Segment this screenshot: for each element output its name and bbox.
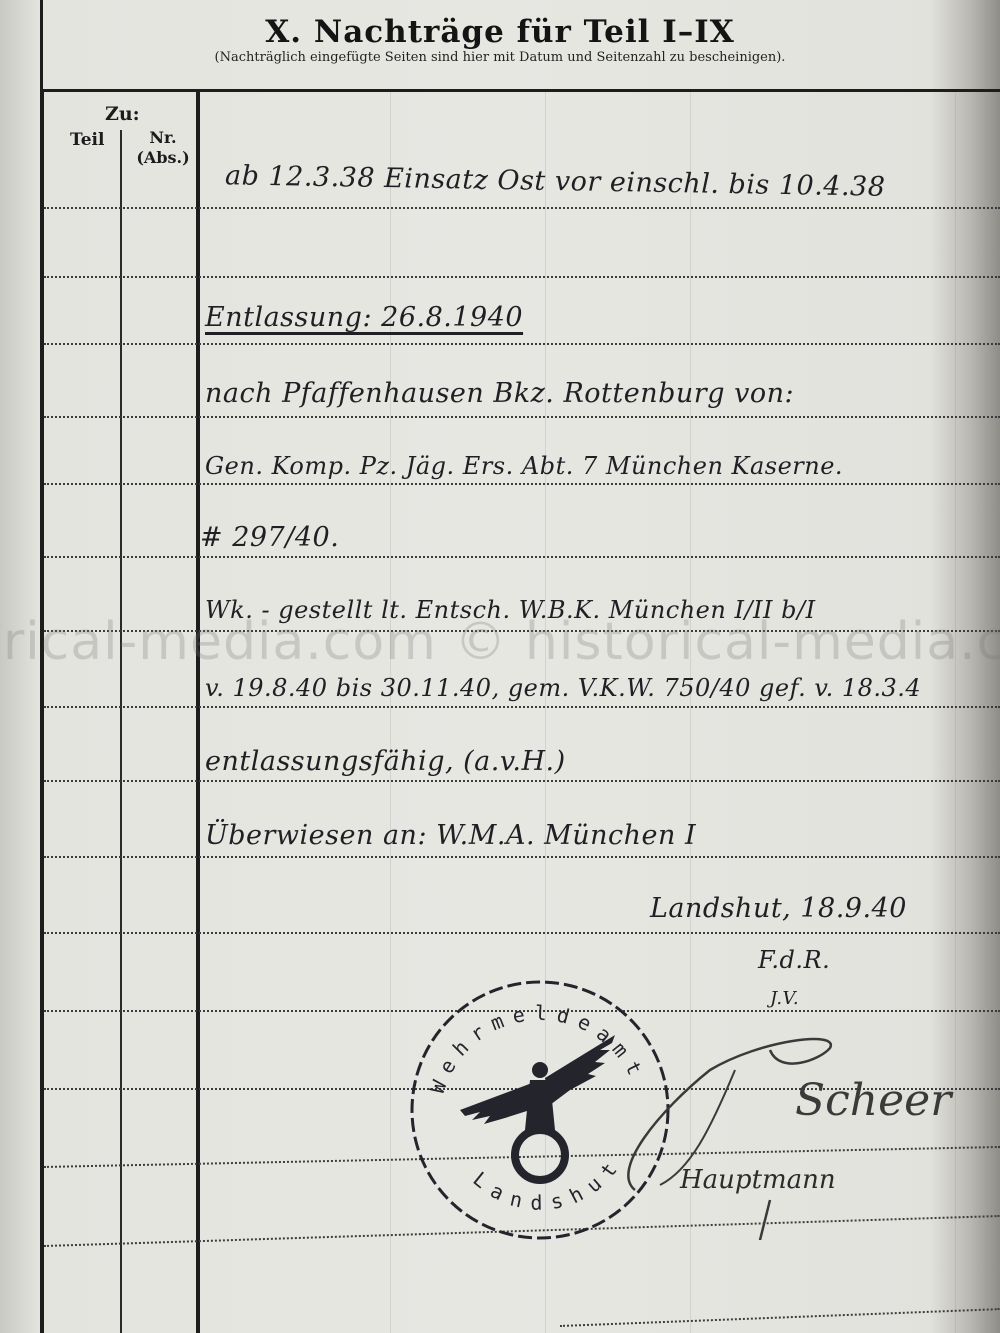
- entry-line-discharge: Entlassung: 26.8.1940: [205, 302, 523, 333]
- ruled-line: [560, 1308, 1000, 1327]
- column-header-abs-label: (Abs.): [133, 148, 193, 168]
- ruled-line: [44, 556, 1000, 558]
- entry-line: Gen. Komp. Pz. Jäg. Ers. Abt. 7 München …: [205, 452, 843, 480]
- column-border-left: [40, 92, 44, 1333]
- signature-name: Scheer: [795, 1075, 954, 1126]
- entry-line: entlassungsfähig, (a.v.H.): [205, 746, 566, 777]
- column-header-zu: Zu:: [105, 103, 140, 125]
- entry-line: nach Pfaffenhausen Bkz. Rottenburg von:: [205, 378, 794, 409]
- entry-line: Wk. - gestellt lt. Entsch. W.B.K. Münche…: [205, 596, 816, 624]
- ruled-line: [44, 780, 1000, 782]
- ruled-line: [44, 706, 1000, 708]
- entry-line: ab 12.3.38 Einsatz Ost vor einschl. bis …: [225, 160, 886, 203]
- entry-line: Überwiesen an: W.M.A. München I: [205, 820, 696, 851]
- column-header-teil: Teil: [70, 130, 104, 150]
- column-header-nr: Nr. (Abs.): [133, 128, 193, 168]
- ruled-line: [44, 343, 1000, 345]
- column-header-nr-label: Nr.: [133, 128, 193, 148]
- ruled-line: [44, 276, 1000, 278]
- military-record-page: X. Nachträge für Teil I–IX (Nachträglich…: [0, 0, 1000, 1333]
- ruled-line: [44, 207, 1000, 209]
- signature-rank: Hauptmann: [679, 1165, 836, 1195]
- page-title: X. Nachträge für Teil I–IX: [60, 14, 940, 50]
- signature: Scheer Hauptmann: [620, 1000, 990, 1240]
- faint-column-line: [390, 92, 391, 1333]
- page-subtitle: (Nachträglich eingefügte Seiten sind hie…: [60, 50, 940, 65]
- entry-line: # 297/40.: [200, 522, 339, 553]
- ruled-line: [44, 856, 1000, 858]
- eagle-emblem-icon: [460, 1035, 615, 1180]
- ruled-line: [44, 932, 1000, 934]
- ruled-line: [44, 416, 1000, 418]
- entry-line: v. 19.8.40 bis 30.11.40, gem. V.K.W. 750…: [205, 674, 921, 702]
- column-divider-teil-nr: [120, 130, 122, 1333]
- office-abbrev: F.d.R.: [758, 946, 830, 974]
- ruled-line: [44, 483, 1000, 485]
- column-border-entries: [196, 92, 200, 1333]
- place-date: Landshut, 18.9.40: [650, 893, 907, 924]
